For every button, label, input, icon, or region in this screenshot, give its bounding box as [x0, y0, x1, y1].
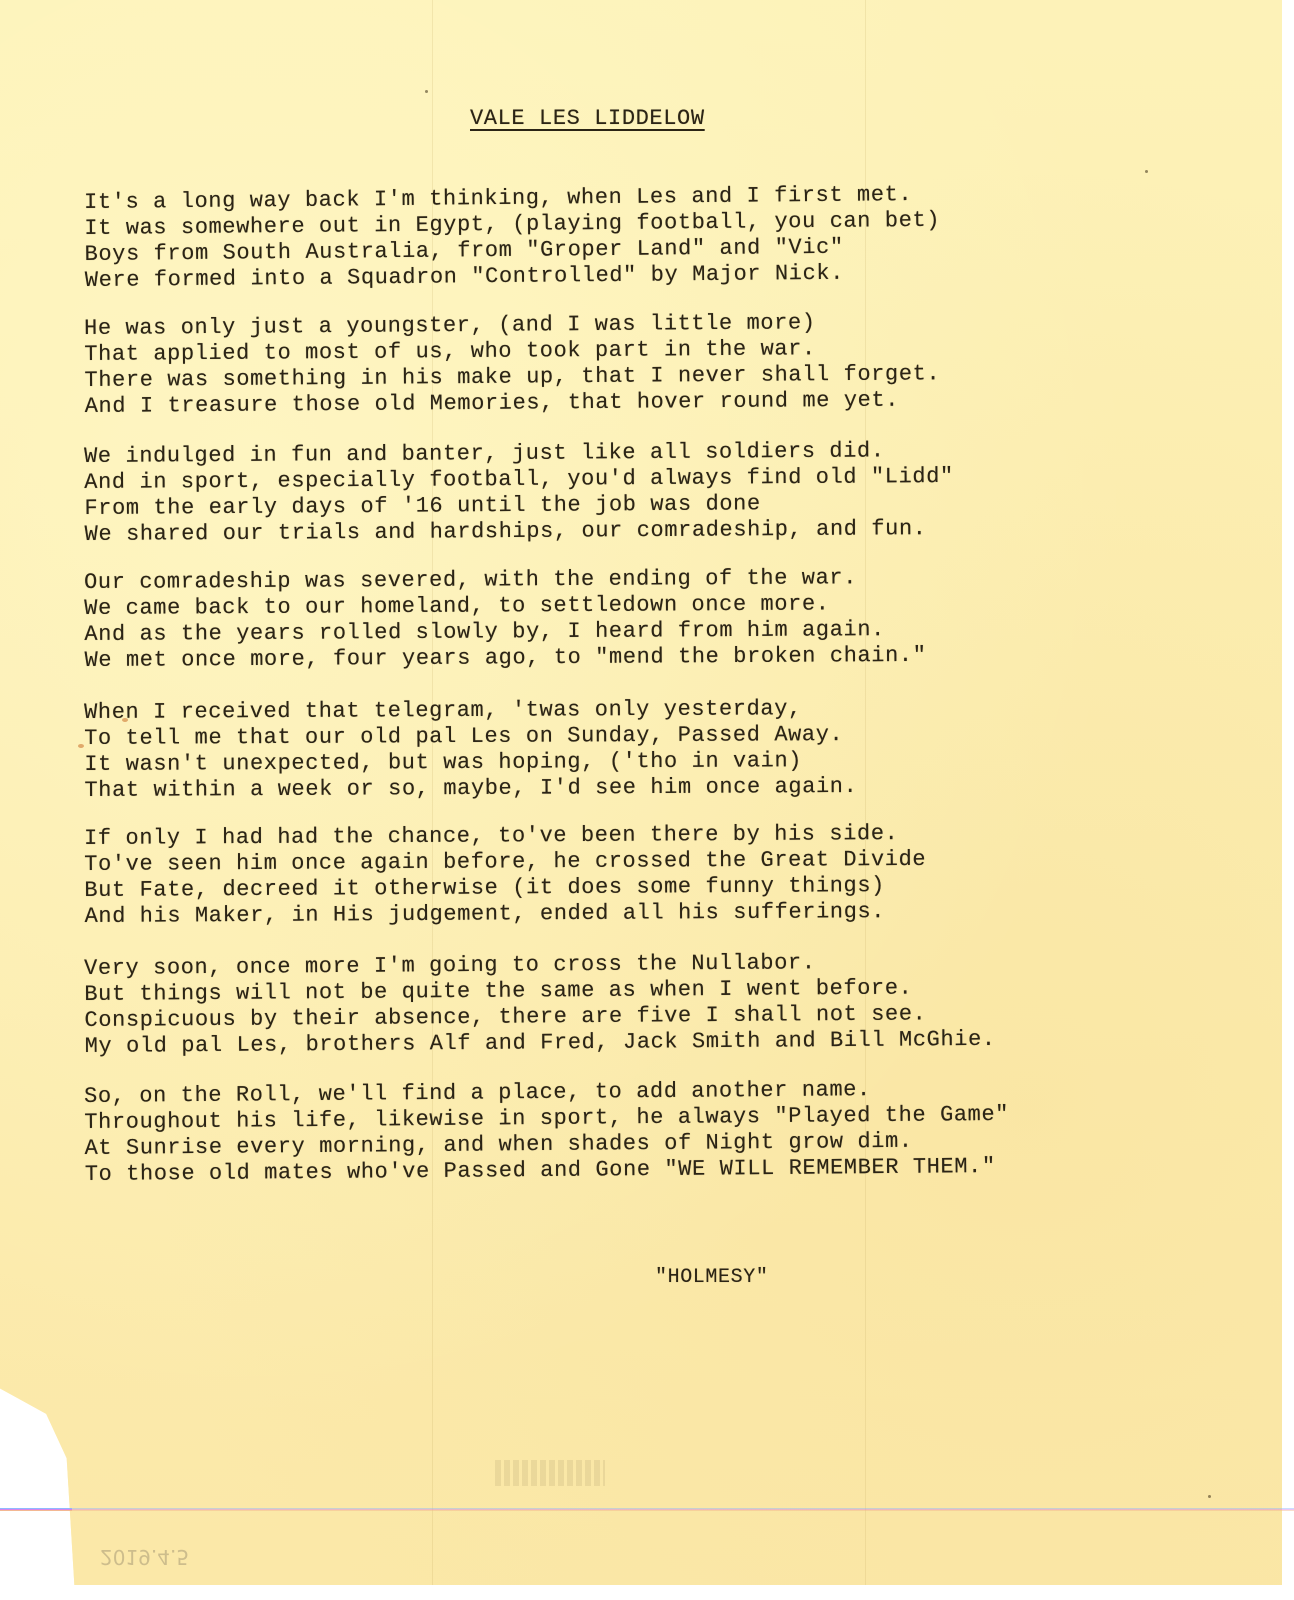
stanza: If only I had had the chance, to've been…: [84, 821, 927, 930]
stanza: Very soon, once more I'm going to cross …: [84, 949, 996, 1060]
poem-line: When I received that telegram, 'twas onl…: [84, 696, 857, 726]
stanza: He was only just a youngster, (and I was…: [84, 309, 941, 420]
stanza: So, on the Roll, we'll find a place, to …: [84, 1076, 1010, 1188]
stanza: We indulged in fun and banter, just like…: [84, 438, 954, 548]
archive-number: 2019.4.5: [100, 1545, 189, 1569]
scan-line-artifact: [0, 1508, 72, 1511]
rust-stain: [122, 718, 128, 722]
stanza: When I received that telegram, 'twas onl…: [84, 696, 857, 804]
ink-speck: [1208, 1495, 1211, 1498]
poem-line: And his Maker, in His judgement, ended a…: [84, 899, 926, 930]
ink-speck: [425, 90, 428, 93]
poem-title: VALE LES LIDDELOW: [470, 106, 705, 132]
rust-stain: [78, 744, 84, 748]
stanza: It's a long way back I'm thinking, when …: [84, 182, 941, 294]
ink-speck: [1145, 170, 1148, 173]
faint-stamp-mark: [495, 1460, 605, 1486]
document-page: VALE LES LIDDELOW It's a long way back I…: [0, 0, 1294, 1600]
poem-line: We shared our trials and hardships, our …: [85, 516, 955, 548]
poem-line: That within a week or so, maybe, I'd see…: [84, 774, 857, 804]
poem-line: And I treasure those old Memories, that …: [85, 387, 941, 420]
stanza: Our comradeship was severed, with the en…: [84, 565, 927, 674]
scan-line-artifact: [0, 1508, 1294, 1511]
poem-line: We met once more, four years ago, to "me…: [84, 643, 926, 674]
poem-line: It wasn't unexpected, but was hoping, ('…: [84, 748, 857, 778]
typewritten-sheet: VALE LES LIDDELOW It's a long way back I…: [0, 0, 1282, 1585]
author-signature: "HOLMESY": [655, 1265, 768, 1291]
poem-line: To tell me that our old pal Les on Sunda…: [84, 722, 857, 752]
